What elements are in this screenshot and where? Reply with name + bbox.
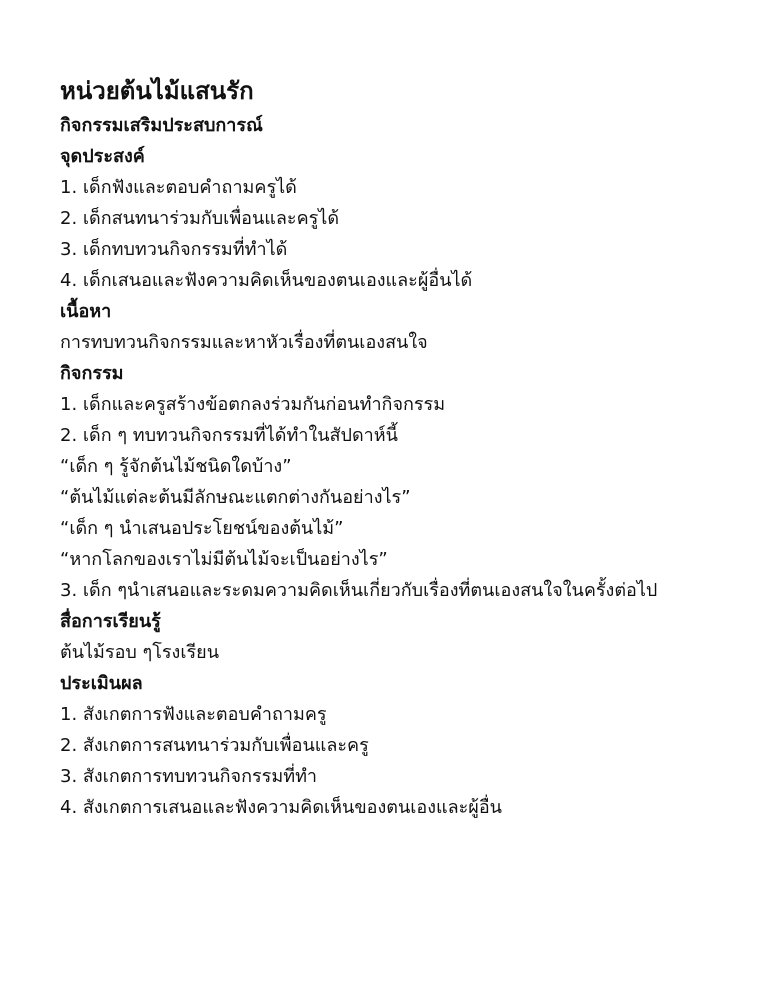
content-section: เนื้อหา การทบทวนกิจกรรมและหาหัวเรื่องที่… bbox=[60, 296, 762, 358]
evaluation-item: 2. สังเกตการสนทนาร่วมกับเพื่อนและครู bbox=[60, 730, 762, 761]
objective-item: 3. เด็กทบทวนกิจกรรมที่ทำได้ bbox=[60, 234, 762, 265]
evaluation-section: ประเมินผล 1. สังเกตการฟังและตอบคำถามครู … bbox=[60, 668, 762, 823]
objective-item: 1. เด็กฟังและตอบคำถามครูได้ bbox=[60, 172, 762, 203]
evaluation-item: 3. สังเกตการทบทวนกิจกรรมที่ทำ bbox=[60, 761, 762, 792]
evaluation-heading: ประเมินผล bbox=[60, 668, 762, 699]
evaluation-item: 4. สังเกตการเสนอและฟังความคิดเห็นของตนเอ… bbox=[60, 792, 762, 823]
objective-item: 2. เด็กสนทนาร่วมกับเพื่อนและครูได้ bbox=[60, 203, 762, 234]
materials-section: สื่อการเรียนรู้ ต้นไม้รอบ ๆโรงเรียน bbox=[60, 606, 762, 668]
activity-item: 3. เด็ก ๆนำเสนอและระดมความคิดเห็นเกี่ยวก… bbox=[60, 575, 762, 606]
activity-item: 1. เด็กและครูสร้างข้อตกลงร่วมกันก่อนทำกิ… bbox=[60, 389, 762, 420]
activities-heading: กิจกรรม bbox=[60, 358, 762, 389]
objectives-heading: จุดประสงค์ bbox=[60, 141, 762, 172]
document-title: หน่วยต้นไม้แสนรัก bbox=[60, 76, 762, 106]
activity-item: 2. เด็ก ๆ ทบทวนกิจกรรมที่ได้ทำในสัปดาห์น… bbox=[60, 420, 762, 451]
content-text: การทบทวนกิจกรรมและหาหัวเรื่องที่ตนเองสนใ… bbox=[60, 327, 762, 358]
objectives-section: จุดประสงค์ 1. เด็กฟังและตอบคำถามครูได้ 2… bbox=[60, 141, 762, 296]
activity-question: “เด็ก ๆ รู้จักต้นไม้ชนิดใดบ้าง” bbox=[60, 451, 762, 482]
activity-question: “ต้นไม้แต่ละต้นมีลักษณะแตกต่างกันอย่างไร… bbox=[60, 482, 762, 513]
activity-question: “เด็ก ๆ นำเสนอประโยชน์ของต้นไม้” bbox=[60, 513, 762, 544]
content-heading: เนื้อหา bbox=[60, 296, 762, 327]
lesson-plan-document: หน่วยต้นไม้แสนรัก กิจกรรมเสริมประสบการณ์… bbox=[60, 76, 762, 823]
document-subtitle: กิจกรรมเสริมประสบการณ์ bbox=[60, 110, 762, 141]
activities-section: กิจกรรม 1. เด็กและครูสร้างข้อตกลงร่วมกัน… bbox=[60, 358, 762, 606]
activity-question: “หากโลกของเราไม่มีต้นไม้จะเป็นอย่างไร” bbox=[60, 544, 762, 575]
materials-heading: สื่อการเรียนรู้ bbox=[60, 606, 762, 637]
objective-item: 4. เด็กเสนอและฟังความคิดเห็นของตนเองและผ… bbox=[60, 265, 762, 296]
materials-text: ต้นไม้รอบ ๆโรงเรียน bbox=[60, 637, 762, 668]
evaluation-item: 1. สังเกตการฟังและตอบคำถามครู bbox=[60, 699, 762, 730]
